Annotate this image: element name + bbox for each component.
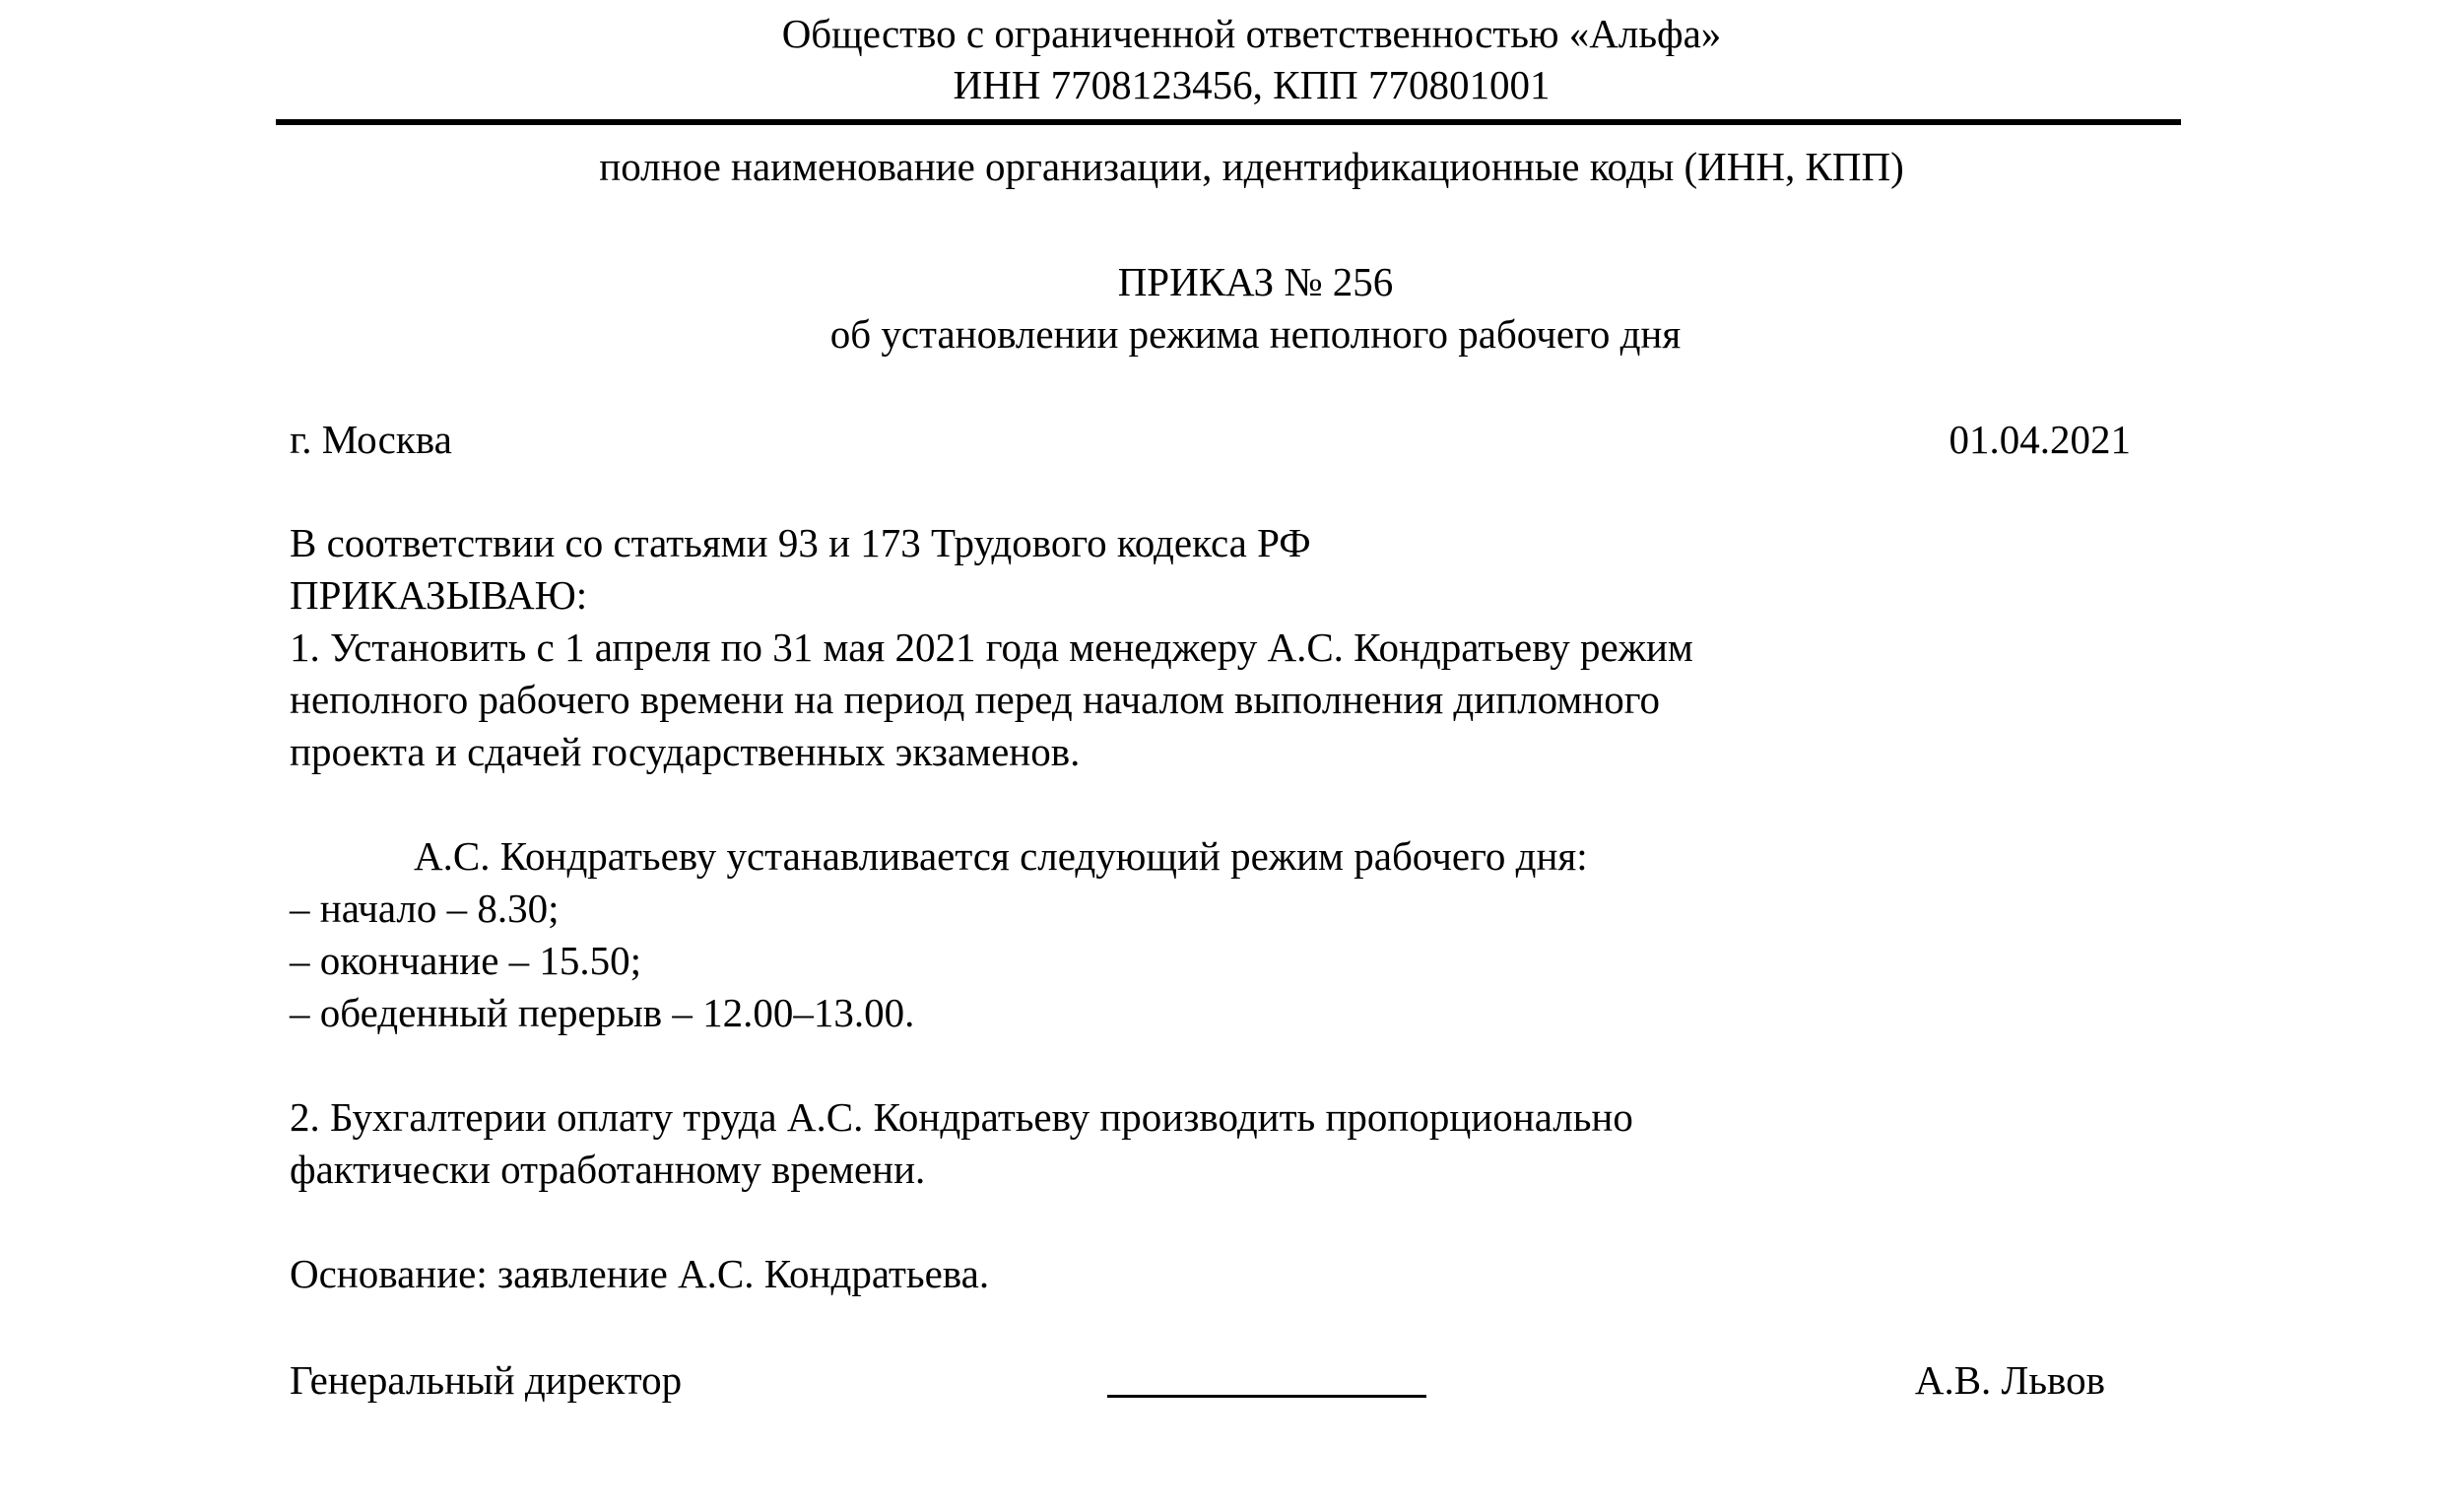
spacer	[290, 1196, 1964, 1248]
grounds-line: Основание: заявление А.С. Кондратьева.	[290, 1248, 1964, 1300]
signatory-name: А.В. Львов	[1915, 1354, 2105, 1407]
organization-codes: ИНН 7708123456, КПП 770801001	[0, 59, 2444, 111]
schedule-item: – окончание – 15.50;	[290, 935, 1964, 987]
schedule-intro: А.С. Кондратьеву устанавливается следующ…	[290, 830, 1964, 883]
schedule-item: – обеденный перерыв – 12.00–13.00.	[290, 987, 1964, 1039]
spacer	[290, 778, 1964, 830]
basis-line: В соответствии со статьями 93 и 173 Труд…	[290, 517, 1964, 569]
item2-line: фактически отработанному времени.	[290, 1144, 1964, 1196]
signatory-position: Генеральный директор	[290, 1354, 682, 1407]
organization-caption: полное наименование организации, идентиф…	[0, 141, 2444, 193]
item2-line: 2. Бухгалтерии оплату труда А.С. Кондрат…	[290, 1091, 1964, 1144]
organization-name: Общество с ограниченной ответственностью…	[0, 8, 2444, 60]
item1-line: неполного рабочего времени на период пер…	[290, 674, 1964, 726]
order-date: 01.04.2021	[1949, 414, 2132, 466]
order-title: ПРИКАЗ № 256	[0, 256, 2444, 308]
order-word: ПРИКАЗЫВАЮ:	[290, 569, 1964, 622]
order-body: В соответствии со статьями 93 и 173 Труд…	[290, 517, 1964, 1300]
order-subject: об установлении режима неполного рабочег…	[0, 308, 2444, 361]
item1-line: проекта и сдачей государственных экзамен…	[290, 726, 1964, 778]
item1-line: 1. Установить с 1 апреля по 31 мая 2021 …	[290, 622, 1964, 674]
header-divider	[276, 119, 2181, 125]
schedule-item: – начало – 8.30;	[290, 883, 1964, 935]
signature-line	[1107, 1395, 1426, 1398]
spacer	[290, 1039, 1964, 1091]
order-city: г. Москва	[290, 414, 452, 466]
